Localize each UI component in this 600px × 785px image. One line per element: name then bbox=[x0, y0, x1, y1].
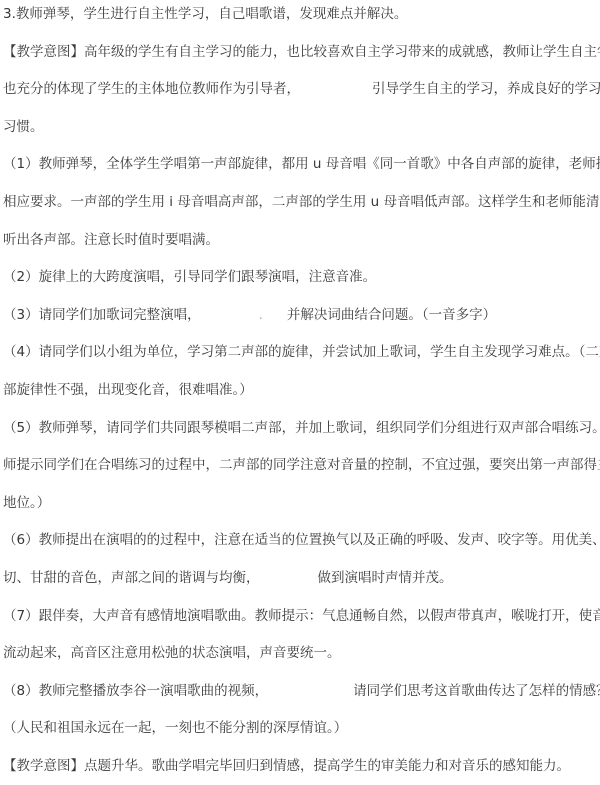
text-segment: 习惯。 bbox=[3, 119, 44, 135]
text-segment: 部旋律性不强，出现变化音，很难唱准。） bbox=[3, 382, 253, 398]
text-line: 也充分的体现了学生的主体地位教师作为引导者，引导学生自主的学习，养成良好的学习 bbox=[3, 71, 598, 109]
text-line: （4）请同学们以小组为单位，学习第二声部的旋律，并尝试加上歌词，学生自主发现学习… bbox=[3, 334, 598, 372]
text-line: 【教学意图】高年级的学生有自主学习的能力，也比较喜欢自主学习带来的成就感，教师让… bbox=[3, 34, 598, 72]
lesson-plan-document: 3.教师弹琴，学生进行自主性学习，自己唱歌谱，发现难点并解决。【教学意图】高年级… bbox=[0, 0, 600, 785]
text-segment: （人民和祖国永远在一起，一刻也不能分割的深厚情谊。） bbox=[3, 720, 347, 736]
text-segment: （5）教师弹琴，请同学们共同跟琴模唱二声部，并加上歌词，组织同学们分组进行双声部… bbox=[3, 420, 600, 436]
text-line: （3）请同学们加歌词完整演唱，.并解决词曲结合问题。（一音多字） bbox=[3, 297, 598, 335]
text-line: 【教学意图】点题升华。歌曲学唱完毕回归到情感，提高学生的审美能力和对音乐的感知能… bbox=[3, 748, 598, 785]
text-line: 习惯。 bbox=[3, 109, 598, 147]
text-line: （人民和祖国永远在一起，一刻也不能分割的深厚情谊。） bbox=[3, 710, 598, 748]
text-segment: 切、甘甜的音色，声部之间的谐调与均衡， bbox=[3, 570, 260, 586]
text-line: 相应要求。一声部的学生用 i 母音唱高声部，二声部的学生用 u 母音唱低声部。这… bbox=[3, 184, 598, 222]
text-gap bbox=[260, 581, 318, 582]
text-line: 切、甘甜的音色，声部之间的谐调与均衡，做到演唱时声情并茂。 bbox=[3, 560, 598, 598]
text-line: 3.教师弹琴，学生进行自主性学习，自己唱歌谱，发现难点并解决。 bbox=[3, 0, 598, 34]
text-segment: （8）教师完整播放李谷一演唱歌曲的视频， bbox=[3, 683, 268, 699]
text-line: （2）旋律上的大跨度演唱，引导同学们跟琴演唱，注意音准。 bbox=[3, 259, 598, 297]
text-line: （5）教师弹琴，请同学们共同跟琴模唱二声部，并加上歌词，组织同学们分组进行双声部… bbox=[3, 410, 598, 448]
text-line: 地位。） bbox=[3, 485, 598, 523]
text-segment: 地位。） bbox=[3, 495, 50, 511]
text-segment: 流动起来，高音区注意用松弛的状态演唱，声音要统一。 bbox=[3, 645, 341, 661]
text-segment: 请同学们思考这首歌曲传达了怎样的情感？ bbox=[353, 683, 600, 699]
text-segment: （1）教师弹琴，全体学生学唱第一声部旋律，都用 u 母音唱《同一首歌》中各自声部… bbox=[3, 156, 600, 172]
text-segment: 并解决词曲结合问题。（一音多字） bbox=[287, 307, 496, 323]
text-segment: 引导学生自主的学习，养成良好的学习 bbox=[372, 81, 600, 97]
text-gap bbox=[263, 318, 287, 319]
text-segment: 做到演唱时声情并茂。 bbox=[318, 570, 453, 586]
text-line: 流动起来，高音区注意用松弛的状态演唱，声音要统一。 bbox=[3, 635, 598, 673]
text-segment: （4）请同学们以小组为单位，学习第二声部的旋律，并尝试加上歌词，学生自主发现学习… bbox=[3, 344, 600, 360]
text-line: 听出各声部。注意长时值时要唱满。 bbox=[3, 222, 598, 260]
text-line: （7）跟伴奏，大声音有感情地演唱歌曲。教师提示：气息通畅自然，以假声带真声，喉咙… bbox=[3, 598, 598, 636]
text-segment: （7）跟伴奏，大声音有感情地演唱歌曲。教师提示：气息通畅自然，以假声带真声，喉咙… bbox=[3, 608, 600, 624]
text-gap bbox=[268, 694, 353, 695]
faint-dot: . bbox=[259, 307, 263, 323]
text-segment: （6）教师提出在演唱的的过程中，注意在适当的位置换气以及正确的呼吸、发声、咬字等… bbox=[3, 532, 600, 548]
text-gap bbox=[300, 92, 372, 93]
text-segment: 也充分的体现了学生的主体地位教师作为引导者， bbox=[3, 81, 300, 97]
text-segment: 【教学意图】点题升华。歌曲学唱完毕回归到情感，提高学生的审美能力和对音乐的感知能… bbox=[3, 758, 570, 774]
text-line: 师提示同学们在合唱练习的过程中，二声部的同学注意对音量的控制，不宜过强，要突出第… bbox=[3, 447, 598, 485]
text-line: （1）教师弹琴，全体学生学唱第一声部旋律，都用 u 母音唱《同一首歌》中各自声部… bbox=[3, 146, 598, 184]
text-segment: 相应要求。一声部的学生用 i 母音唱高声部，二声部的学生用 u 母音唱低声部。这… bbox=[3, 194, 600, 210]
text-line: 部旋律性不强，出现变化音，很难唱准。） bbox=[3, 372, 598, 410]
text-segment: 3.教师弹琴，学生进行自主性学习，自己唱歌谱，发现难点并解决。 bbox=[3, 6, 407, 22]
text-segment: 师提示同学们在合唱练习的过程中，二声部的同学注意对音量的控制，不宜过强，要突出第… bbox=[3, 457, 600, 473]
text-line: （6）教师提出在演唱的的过程中，注意在适当的位置换气以及正确的呼吸、发声、咬字等… bbox=[3, 522, 598, 560]
text-segment: 【教学意图】高年级的学生有自主学习的能力，也比较喜欢自主学习带来的成就感，教师让… bbox=[3, 44, 600, 60]
text-segment: （2）旋律上的大跨度演唱，引导同学们跟琴演唱，注意音准。 bbox=[3, 269, 376, 285]
text-segment: 听出各声部。注意长时值时要唱满。 bbox=[3, 232, 219, 248]
text-line: （8）教师完整播放李谷一演唱歌曲的视频，请同学们思考这首歌曲传达了怎样的情感？ bbox=[3, 673, 598, 711]
text-gap bbox=[201, 318, 259, 319]
text-segment: （3）请同学们加歌词完整演唱， bbox=[3, 307, 201, 323]
